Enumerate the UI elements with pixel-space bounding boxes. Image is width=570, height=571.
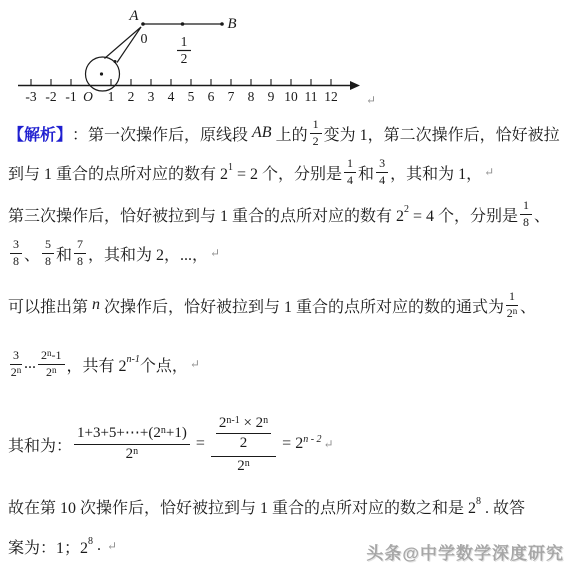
text-run: ，其和为 2，...，: [88, 242, 208, 265]
text-run: =: [192, 435, 209, 453]
text-run: 可以推出第: [8, 294, 92, 317]
fraction-denominator: 2: [240, 434, 248, 452]
text-run: 上的: [272, 122, 308, 145]
text-run: n: [92, 296, 100, 314]
paragraph-mark: ↵: [484, 165, 494, 180]
fraction-numerator: 1: [344, 157, 356, 173]
text-run: n: [161, 425, 166, 437]
analysis-label: 【解析】: [8, 122, 72, 145]
fraction: 1+3+5+⋯+(2n+1)2n: [74, 425, 190, 463]
fraction-numerator: 7: [74, 238, 86, 254]
text-run: n: [52, 365, 57, 375]
fraction-numerator: 2n-1 × 2n: [216, 415, 271, 434]
axis-tick-label: O: [83, 89, 93, 104]
text-run: n-1: [127, 354, 140, 365]
axis-tick-label: 1: [108, 89, 115, 104]
text-run: 4: [347, 174, 353, 188]
axis-tick-label: 12: [324, 89, 338, 104]
text-run: = 2 个，分别是: [233, 161, 342, 184]
fraction-numerator: 3: [10, 349, 22, 365]
segment-midpoint-dot: [181, 22, 185, 26]
text-run: 8: [77, 255, 83, 269]
text-run: AB: [252, 124, 272, 142]
text-run: 个点，: [140, 353, 188, 376]
fraction-denominator: 8: [13, 254, 19, 269]
paragraph-mark: ↵: [190, 357, 200, 372]
solution-line: 32n...2n-12n，共有 2n-1个点，↵: [8, 344, 200, 384]
fraction-numerator: 3: [376, 157, 388, 173]
text-run: 3: [13, 238, 19, 252]
fraction: 38: [10, 238, 22, 269]
text-run: n-1: [226, 415, 239, 427]
text-run: 和: [56, 242, 72, 265]
solution-line: 故在第 10 次操作后，恰好被拉到与 1 重合的点所对应的数之和是 28 . 故…: [8, 486, 525, 526]
fraction-denominator: 2n: [11, 365, 22, 380]
text-run: ，其和为 1，: [390, 161, 482, 184]
text-run: -1: [52, 349, 62, 363]
circle-center-dot: [100, 72, 103, 75]
fraction-denominator: 4: [379, 173, 385, 188]
text-run: 2: [313, 135, 319, 149]
solution-line: 可以推出第 n 次操作后，恰好被拉到与 1 重合的点所对应的数的通式为12n、: [8, 285, 536, 325]
fraction-numerator: 5: [42, 238, 54, 254]
text-run: 8: [13, 255, 19, 269]
paragraph-mark: ↵: [324, 437, 334, 452]
fraction-denominator: 2n: [507, 306, 518, 321]
fraction-denominator: 8: [77, 254, 83, 269]
text-run: 2: [237, 458, 245, 475]
text-run: n: [513, 306, 518, 316]
axis-tick-label: 6: [208, 89, 215, 104]
publisher-watermark: 头条@中学数学深度研究: [366, 539, 564, 564]
text-run: = 2: [278, 435, 303, 453]
text-run: n: [17, 365, 22, 375]
fraction-denominator: 2n: [237, 457, 250, 475]
pull-lines: [105, 27, 142, 63]
fraction: 14: [344, 157, 356, 188]
axis-tick-label: 8: [248, 89, 255, 104]
text-run: = 4 个，分别是: [409, 203, 518, 226]
text-run: 次操作后，恰好被拉到与 1 重合的点所对应的数的通式为: [100, 294, 504, 317]
text-run: 2: [219, 415, 227, 432]
paragraph-mark: ↵: [210, 246, 220, 261]
text-run: n: [263, 415, 268, 427]
text-run: 、: [520, 294, 536, 317]
axis-tick-label: 7: [228, 89, 235, 104]
text-run: 1: [313, 118, 319, 132]
solution-line: 其和为：1+3+5+⋯+(2n+1)2n = 2n-1 × 2n22n = 2n…: [8, 402, 334, 486]
fraction-numerator: 1+3+5+⋯+(2n+1): [74, 425, 190, 444]
text-run: +1): [166, 425, 187, 442]
fraction: 34: [376, 157, 388, 188]
segment-endpoint-b-dot: [220, 22, 224, 26]
solution-line: 到与 1 重合的点所对应的数有 21 = 2 个，分别是14和34，其和为 1，…: [8, 152, 494, 192]
text-run: n: [47, 348, 52, 358]
half-fraction-denominator: 2: [181, 51, 188, 66]
text-run: 1: [228, 162, 233, 173]
axis: -3-2-1O123456789101112 ↵: [18, 79, 376, 107]
text-run: 2: [240, 435, 248, 452]
text-run: × 2: [240, 415, 263, 432]
fraction-denominator: 2: [313, 134, 319, 149]
text-run: 8: [523, 216, 529, 230]
text-run: .: [93, 537, 105, 555]
fraction: 32n: [10, 349, 22, 380]
text-run: 变为 1，第二次操作后，恰好被拉: [324, 122, 560, 145]
fraction-denominator: 2n: [46, 365, 57, 380]
fraction: 2n-1 × 2n22n: [211, 413, 276, 475]
segment-endpoint-a-dot: [141, 22, 145, 26]
text-run: 3: [13, 349, 19, 363]
fraction-numerator: 2n-1 × 2n2: [211, 413, 276, 457]
axis-tick-label: 3: [148, 89, 155, 104]
fraction-denominator: 8: [523, 215, 529, 230]
text-run: 、: [24, 242, 40, 265]
tangent-point-dot: [114, 60, 117, 63]
fraction: 18: [520, 199, 532, 230]
fraction-numerator: 3: [10, 238, 22, 254]
text-run: 3: [379, 157, 385, 171]
text-run: n - 2: [303, 434, 321, 445]
text-run: 1: [347, 157, 353, 171]
fraction: 12: [310, 118, 322, 149]
axis-tick-label: 2: [128, 89, 135, 104]
text-run: 故在第 10 次操作后，恰好被拉到与 1 重合的点所对应的数之和是 2: [8, 495, 476, 518]
paragraph-mark: ↵: [107, 539, 117, 554]
text-run: ：第一次操作后，原线段: [72, 122, 252, 145]
text-run: 1: [509, 290, 515, 304]
text-run: 8: [88, 536, 93, 547]
number-line-figure: A B 0 1 2 -3-2-1O123456789101112 ↵: [0, 0, 570, 112]
solution-line: 第三次操作后，恰好被拉到与 1 重合的点所对应的数有 22 = 4 个，分别是1…: [8, 194, 550, 234]
fraction-denominator: 2n: [126, 445, 139, 463]
text-run: 2: [126, 446, 134, 463]
text-run: ，共有 2: [67, 353, 127, 376]
axis-tick-label: 10: [284, 89, 298, 104]
axis-tick-label: 9: [268, 89, 275, 104]
point-a-label: A: [128, 8, 139, 24]
fraction: 58: [42, 238, 54, 269]
text-run: 到与 1 重合的点所对应的数有 2: [8, 161, 228, 184]
fraction-denominator: 8: [45, 254, 51, 269]
text-run: . 故答: [481, 495, 525, 518]
text-run: n: [245, 458, 250, 470]
text-run: 2: [404, 204, 409, 215]
fraction-denominator: 4: [347, 173, 353, 188]
text-run: 1+3+5+⋯+(2: [77, 425, 161, 442]
solution-line: 38、58和78，其和为 2，...，↵: [8, 233, 220, 273]
text-run: n: [133, 446, 138, 458]
solution-line: 案为：1；28 . ↵: [8, 526, 117, 566]
paragraph-mark: ↵: [366, 93, 376, 107]
axis-tick-label: 5: [188, 89, 195, 104]
fraction: 78: [74, 238, 86, 269]
axis-tick-label: 4: [168, 89, 175, 104]
fraction: 12n: [506, 290, 518, 321]
fraction-numerator: 1: [506, 290, 518, 306]
text-run: 5: [45, 238, 51, 252]
text-run: 其和为：: [8, 433, 72, 456]
text-run: 8: [476, 496, 481, 507]
text-run: 4: [379, 174, 385, 188]
text-run: 7: [77, 238, 83, 252]
text-run: 8: [45, 255, 51, 269]
fraction-numerator: 1: [310, 118, 322, 134]
axis-arrowhead: [350, 81, 360, 90]
segment-ab: A B 0 1 2: [128, 8, 236, 66]
axis-tick-label: -3: [25, 89, 36, 104]
fraction: 2n-1 × 2n2: [216, 415, 271, 453]
text-run: ...: [24, 355, 36, 373]
fraction-numerator: 1: [520, 199, 532, 215]
text-run: 1: [523, 199, 529, 213]
zero-point-label: 0: [141, 32, 148, 47]
text-run: 、: [534, 203, 550, 226]
text-run: 案为：1；2: [8, 535, 88, 558]
point-b-label: B: [227, 16, 236, 32]
solution-line: 【解析】：第一次操作后，原线段 AB 上的12变为 1，第二次操作后，恰好被拉: [8, 113, 560, 153]
text-run: 和: [358, 161, 374, 184]
axis-tick-label: -2: [45, 89, 56, 104]
axis-tick-label: -1: [65, 89, 76, 104]
half-fraction-numerator: 1: [181, 34, 188, 49]
axis-ticks: -3-2-1O123456789101112: [25, 79, 337, 104]
text-run: 第三次操作后，恰好被拉到与 1 重合的点所对应的数有 2: [8, 203, 404, 226]
fraction-numerator: 2n-1: [38, 349, 65, 365]
fraction: 2n-12n: [38, 349, 65, 380]
axis-tick-label: 11: [305, 89, 318, 104]
